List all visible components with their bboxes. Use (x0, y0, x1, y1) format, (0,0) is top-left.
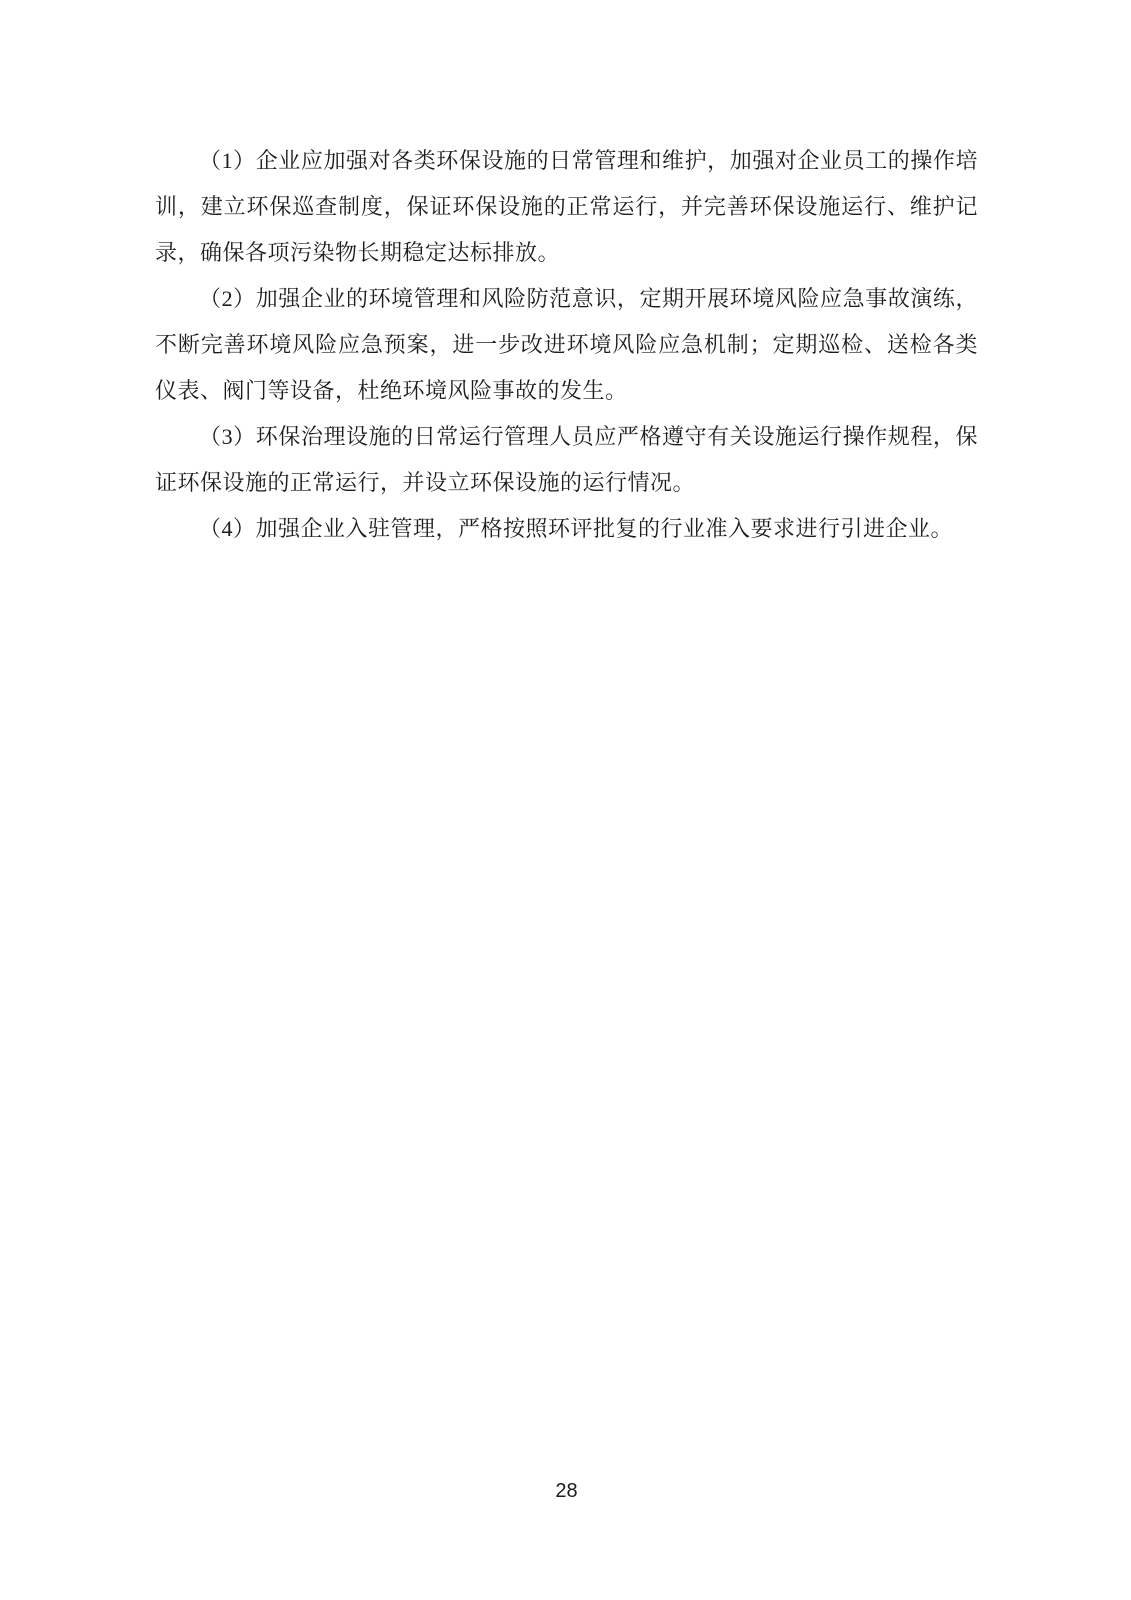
document-page: （1）企业应加强对各类环保设施的日常管理和维护，加强对企业员工的操作培训，建立环… (0, 0, 1131, 1600)
paragraph-item-2: （2）加强企业的环境管理和风险防范意识，定期开展环境风险应急事故演练，不断完善环… (155, 276, 978, 414)
paragraph-item-3: （3）环保治理设施的日常运行管理人员应严格遵守有关设施运行操作规程，保证环保设施… (155, 414, 978, 506)
document-body: （1）企业应加强对各类环保设施的日常管理和维护，加强对企业员工的操作培训，建立环… (155, 138, 978, 552)
page-footer: 28 (155, 1480, 978, 1503)
paragraph-item-1: （1）企业应加强对各类环保设施的日常管理和维护，加强对企业员工的操作培训，建立环… (155, 138, 978, 276)
paragraph-item-4: （4）加强企业入驻管理，严格按照环评批复的行业准入要求进行引进企业。 (155, 506, 978, 552)
page-number: 28 (555, 1480, 577, 1502)
